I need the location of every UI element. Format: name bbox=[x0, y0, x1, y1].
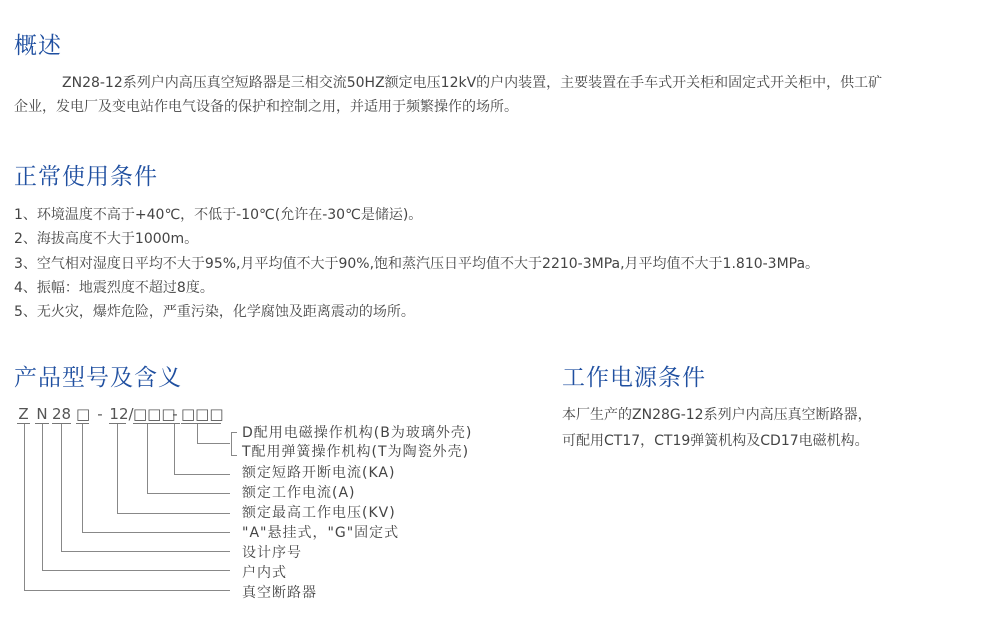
meaning-d: D配用电磁操作机构(B为玻璃外壳) bbox=[242, 424, 472, 443]
meaning-design: 设计序号 bbox=[242, 544, 302, 563]
code-seg-dash1: - bbox=[94, 405, 106, 423]
connector-hline bbox=[82, 532, 230, 533]
code-seg-box3a: □□□ bbox=[133, 405, 173, 423]
conditions-list: 1、环境温度不高于+40℃，不低于-10℃(允许在-30℃是储运)。 2、海拔高… bbox=[14, 203, 819, 324]
power-line-2: 可配用CT17，CT19弹簧机构及CD17电磁机构。 bbox=[562, 428, 982, 454]
connector-hline bbox=[197, 443, 230, 444]
overview-line-2: 企业，发电厂及变电站作电气设备的保护和控制之用，并适用于频繁操作的场所。 bbox=[14, 95, 984, 119]
overview-line-1: ZN28-12系列户内高压真空短路器是三相交流50HZ额定电压12kV的户内装置… bbox=[14, 71, 984, 95]
condition-item: 4、振幅：地震烈度不超过8度。 bbox=[14, 276, 819, 300]
model-heading: 产品型号及含义 bbox=[14, 364, 182, 392]
power-line-1: 本厂生产的ZN28G-12系列户内高压真空断路器， bbox=[562, 402, 982, 428]
connector-hline bbox=[174, 474, 230, 475]
connector-vline bbox=[147, 424, 148, 493]
connector-vline bbox=[197, 424, 198, 443]
code-seg-28: 28 bbox=[52, 405, 71, 423]
condition-item: 3、空气相对湿度日平均不大于95%,月平均值不大于90%,饱和蒸汽压日平均值不大… bbox=[14, 252, 819, 276]
meaning-ka: 额定短路开断电流(KA) bbox=[242, 464, 395, 483]
meaning-t: T配用弹簧操作机构(T为陶瓷外壳) bbox=[242, 443, 469, 462]
power-heading: 工作电源条件 bbox=[562, 364, 706, 392]
connector-hline bbox=[147, 493, 230, 494]
meaning-type: "A"悬挂式，"G"固定式 bbox=[242, 524, 399, 543]
meaning-indoor: 户内式 bbox=[242, 564, 287, 583]
connector-vline bbox=[61, 424, 62, 551]
condition-item: 2、海拔高度不大于1000m。 bbox=[14, 227, 819, 251]
connector-hline bbox=[61, 551, 230, 552]
power-paragraph: 本厂生产的ZN28G-12系列户内高压真空断路器， 可配用CT17，CT19弹簧… bbox=[562, 402, 982, 454]
connector-vline bbox=[24, 424, 25, 590]
code-seg-z: Z bbox=[17, 405, 30, 423]
code-seg-box3b: □□□ bbox=[181, 405, 221, 423]
code-seg-12: 12/ bbox=[109, 405, 134, 423]
connector-hline bbox=[117, 513, 230, 514]
overview-heading: 概述 bbox=[14, 32, 62, 60]
condition-item: 1、环境温度不高于+40℃，不低于-10℃(允许在-30℃是储运)。 bbox=[14, 203, 819, 227]
code-seg-box1: □ bbox=[76, 405, 89, 423]
condition-item: 5、无火灾，爆炸危险，严重污染，化学腐蚀及距离震动的场所。 bbox=[14, 300, 819, 324]
connector-vline bbox=[82, 424, 83, 532]
connector-vline bbox=[42, 424, 43, 570]
code-seg-dash2: - bbox=[170, 405, 180, 423]
connector-hline bbox=[24, 590, 230, 591]
conditions-heading: 正常使用条件 bbox=[14, 163, 158, 191]
meaning-vacuum: 真空断路器 bbox=[242, 584, 317, 603]
bracket-dt bbox=[231, 432, 237, 456]
meaning-a: 额定工作电流(A) bbox=[242, 484, 356, 503]
code-seg-n: N bbox=[35, 405, 49, 423]
connector-vline bbox=[174, 424, 175, 474]
connector-hline bbox=[42, 570, 230, 571]
overview-paragraph: ZN28-12系列户内高压真空短路器是三相交流50HZ额定电压12kV的户内装置… bbox=[14, 71, 984, 119]
connector-vline bbox=[117, 424, 118, 513]
meaning-kv: 额定最高工作电压(KV) bbox=[242, 504, 396, 523]
